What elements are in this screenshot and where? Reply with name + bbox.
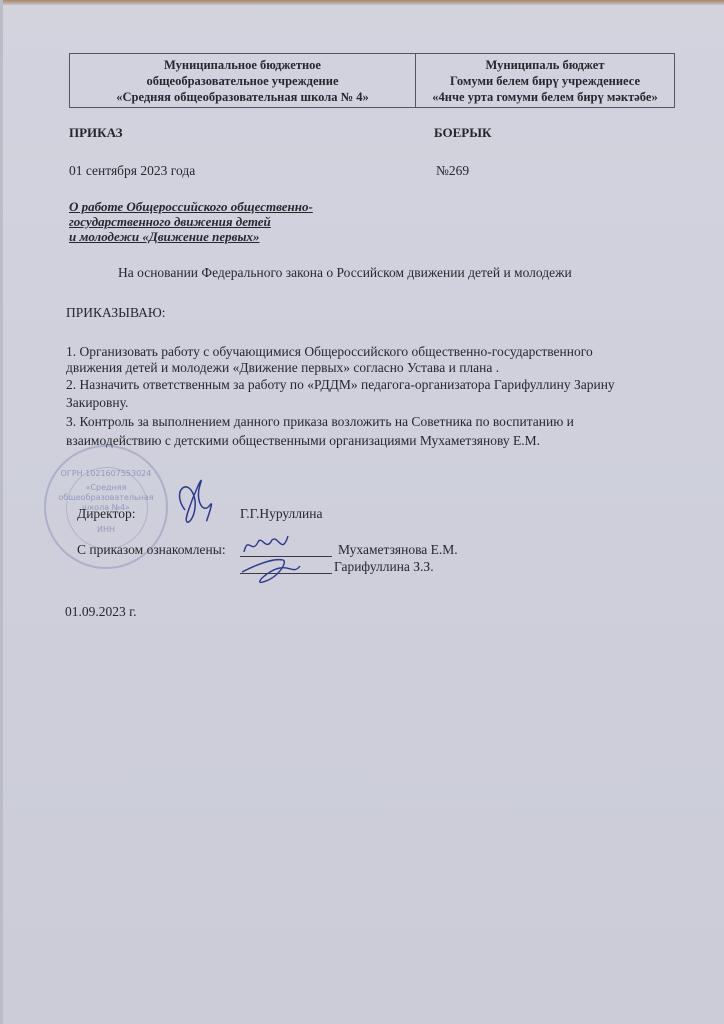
- letterhead-tatar: Муниципаль бюджет Гомуми белем бирү учре…: [416, 54, 674, 107]
- order-date: 01 сентября 2023 года: [69, 163, 195, 179]
- director-name: Г.Г.Нуруллина: [240, 506, 322, 522]
- order-subject: О работе Общероссийского общественно- го…: [69, 199, 313, 244]
- order-title-ru: ПРИКАЗ: [69, 125, 123, 141]
- item-1-line1: 1. Организовать работу с обучающимися Об…: [66, 344, 593, 360]
- letterhead-table: Муниципальное бюджетное общеобразователь…: [69, 53, 675, 108]
- stamp-text-ogrn: ОГРН 1021607553024: [46, 469, 166, 478]
- order-command: ПРИКАЗЫВАЮ:: [66, 305, 166, 321]
- stamp-text-2: общеобразовательная: [46, 493, 166, 502]
- item-3-line2: взаимодействию с детскими общественными …: [66, 433, 540, 449]
- acquainted-label: С приказом ознакомлены:: [77, 542, 226, 558]
- acquainted-name-1: Мухаметзянова Е.М.: [338, 542, 458, 558]
- footer-date: 01.09.2023 г.: [65, 604, 137, 620]
- acquainted-signatures-icon: [238, 530, 328, 590]
- subject-line3: и молодежи «Движение первых»: [69, 229, 313, 244]
- acquainted-name-2: Гарифуллина З.З.: [334, 559, 434, 575]
- order-basis: На основании Федерального закона о Росси…: [118, 265, 572, 281]
- order-title-tt: БОЕРЫК: [434, 125, 491, 141]
- letterhead-ru-line3: «Средняя общеобразовательная школа № 4»: [70, 89, 415, 105]
- stamp-text-inn: ИНН: [46, 525, 166, 534]
- letterhead-tt-line2: Гомуми белем бирү учреждениесе: [416, 73, 674, 89]
- subject-line2: государственного движения детей: [69, 214, 313, 229]
- paper-left-edge: [0, 0, 3, 1024]
- paper-top-edge: [0, 0, 724, 5]
- document-page: Муниципальное бюджетное общеобразователь…: [0, 0, 724, 1024]
- order-number: №269: [436, 163, 469, 179]
- item-3-line1: 3. Контроль за выполнением данного прика…: [66, 414, 574, 430]
- letterhead-tt-line3: «4нче урта гомуми белем бирү мәктәбе»: [416, 89, 674, 105]
- item-1-line2: движения детей и молодежи «Движение перв…: [66, 360, 499, 376]
- subject-line1: О работе Общероссийского общественно-: [69, 199, 313, 214]
- item-2-line1: 2. Назначить ответственным за работу по …: [66, 377, 615, 393]
- item-2-line2: Закировну.: [66, 395, 128, 411]
- stamp-text-1: «Средняя: [46, 483, 166, 492]
- letterhead-ru-line1: Муниципальное бюджетное: [70, 57, 415, 73]
- letterhead-russian: Муниципальное бюджетное общеобразователь…: [70, 54, 416, 107]
- director-label: Директор:: [77, 506, 136, 522]
- letterhead-tt-line1: Муниципаль бюджет: [416, 57, 674, 73]
- director-signature-icon: [165, 470, 225, 540]
- letterhead-ru-line2: общеобразовательное учреждение: [70, 73, 415, 89]
